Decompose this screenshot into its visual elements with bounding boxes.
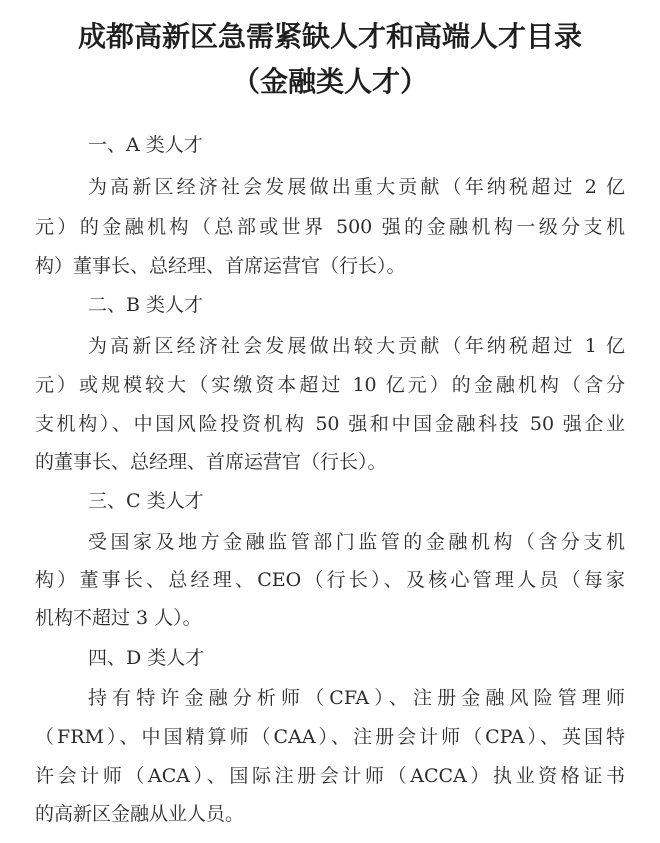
paragraph-line: 元）的金融机构（总部或世界 500 强的金融机构一级分支机 bbox=[35, 218, 625, 237]
paragraph-line: 的董事长、总经理、首席运营官（行长）。 bbox=[35, 453, 387, 472]
paragraph-line: 持有特许金融分析师（CFA）、注册金融风险管理师 bbox=[88, 689, 625, 708]
section-heading: 三、C 类人才 bbox=[88, 492, 204, 511]
paragraph-line: 构）董事长、总经理、CEO（行长）、及核心管理人员（每家 bbox=[35, 571, 625, 590]
paragraph-line: 为高新区经济社会发展做出较大贡献（年纳税超过 1 亿 bbox=[88, 337, 625, 356]
section-heading: 一、A 类人才 bbox=[88, 136, 203, 155]
document-subtitle: （金融类人才） bbox=[0, 68, 660, 96]
paragraph-line: 的高新区金融从业人员。 bbox=[35, 805, 244, 824]
paragraph-line: 元）或规模较大（实缴资本超过 10 亿元）的金融机构（含分 bbox=[35, 376, 625, 395]
paragraph-line: 构）董事长、总经理、首席运营官（行长）。 bbox=[35, 257, 406, 276]
paragraph-line: （FRM）、中国精算师（CAA）、注册会计师（CPA）、英国特 bbox=[35, 728, 625, 747]
paragraph-line: 支机构）、中国风险投资机构 50 强和中国金融科技 50 强企业 bbox=[35, 415, 625, 434]
paragraph-line: 许会计师（ACA）、国际注册会计师（ACCA）执业资格证书 bbox=[35, 767, 625, 786]
paragraph-line: 为高新区经济社会发展做出重大贡献（年纳税超过 2 亿 bbox=[88, 178, 625, 197]
paragraph-line: 机构不超过 3 人）。 bbox=[35, 609, 202, 628]
section-heading: 四、D 类人才 bbox=[88, 649, 204, 668]
document-title: 成都高新区急需紧缺人才和高端人才目录 bbox=[0, 23, 660, 51]
paragraph-line: 受国家及地方金融监管部门监管的金融机构（含分支机 bbox=[88, 533, 625, 552]
section-heading: 二、B 类人才 bbox=[88, 296, 203, 315]
